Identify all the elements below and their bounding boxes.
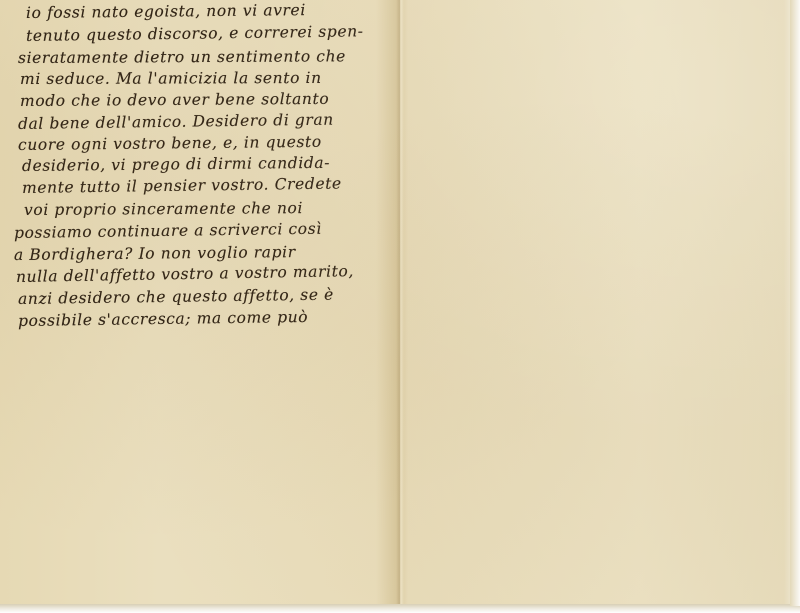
paper-right-edge [790,0,800,606]
letter-line: mi seduce. Ma l'amicizia la sento in [20,69,322,88]
letter-line: mente tutto il pensier vostro. Credete [22,175,342,197]
letter-line: cuore ogni vostro bene, e, in questo [18,133,322,154]
letter-scan: io fossi nato egoista, non vi avrei tenu… [0,0,800,606]
letter-line: tenuto questo discorso, e correrei spen- [26,22,364,45]
letter-line: possiamo continuare a scriverci così [14,220,322,242]
left-page: io fossi nato egoista, non vi avrei tenu… [0,0,396,606]
letter-line: possibile s'accresca; ma come può [18,308,308,330]
page-fold [396,0,404,606]
letter-line: dal bene dell'amico. Desidero di gran [18,111,334,133]
right-page [404,0,792,606]
letter-line: a Bordighera? Io non voglio rapir [14,243,296,264]
letter-line: modo che io devo aver bene soltanto [20,90,329,110]
letter-line: desiderio, vi prego di dirmi candida- [22,154,330,175]
paper-bottom-edge [0,604,800,613]
letter-line: sieratamente dietro un sentimento che [18,47,346,67]
letter-line: nulla dell'affetto vostro a vostro marit… [16,262,354,286]
letter-line: io fossi nato egoista, non vi avrei [26,1,306,22]
letter-line: voi proprio sinceramente che noi [24,199,303,219]
letter-line: anzi desidero che questo affetto, se è [18,286,334,308]
